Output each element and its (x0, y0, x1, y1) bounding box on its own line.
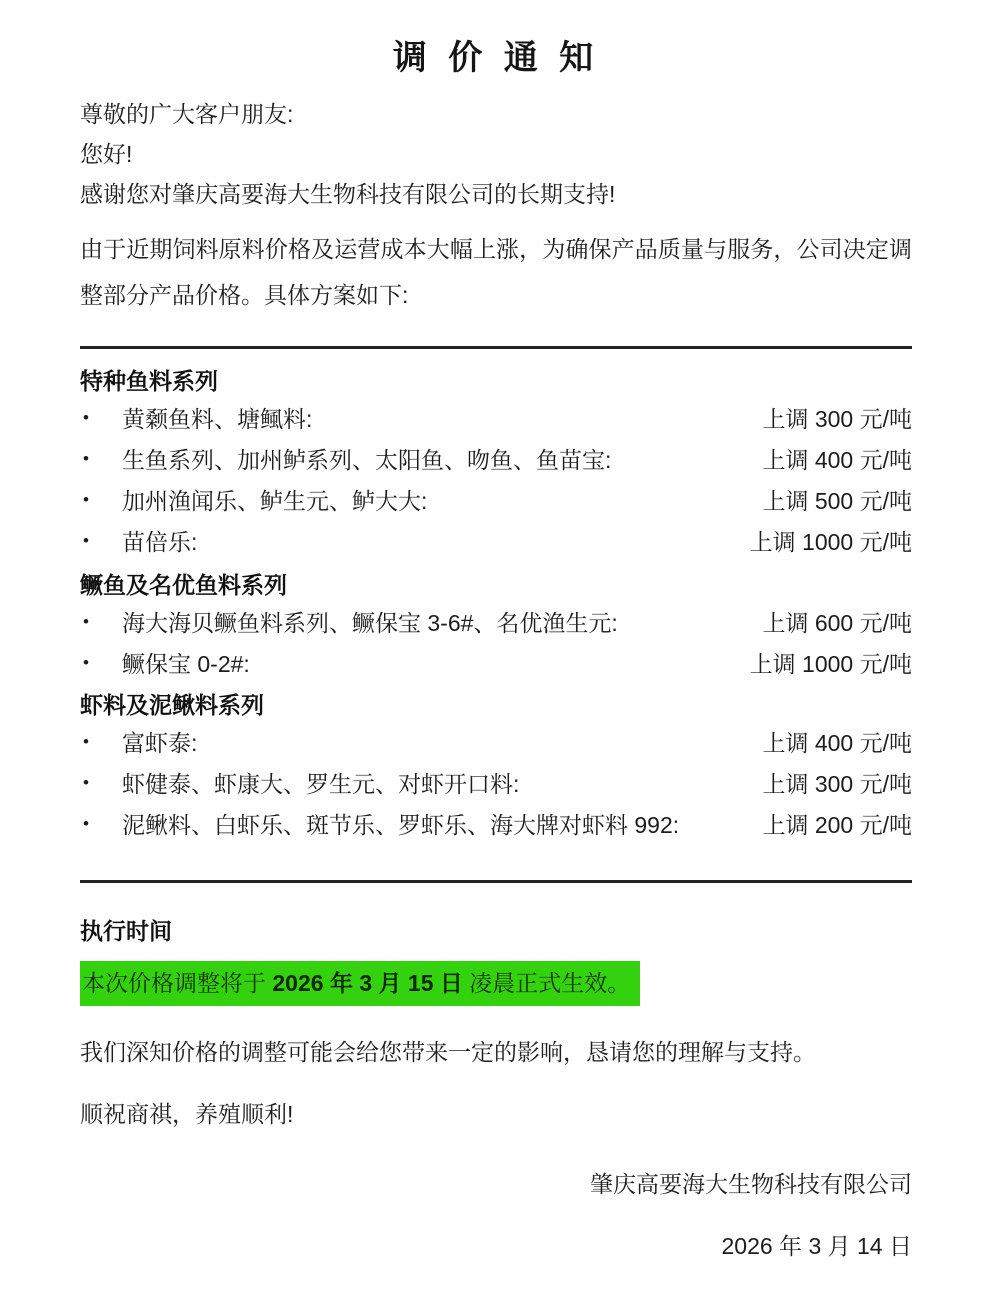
section-heading-mandarin-fish: 鳜鱼及名优鱼料系列 (80, 569, 912, 601)
page-title: 调 价 通 知 (80, 36, 912, 80)
intro-paragraph: 由于近期饲料原料价格及运营成本大幅上涨，为确保产品质量与服务，公司决定调整部分产… (80, 226, 912, 318)
bullet-icon: • (80, 408, 122, 428)
bullet-icon: • (80, 814, 122, 834)
bullet-icon: • (80, 531, 122, 551)
item-name: 泥鳅料、白虾乐、斑节乐、罗虾乐、海大牌对虾料 992: (122, 807, 679, 840)
highlight-prefix: 本次价格调整将于 (82, 970, 272, 996)
effective-date-line: 本次价格调整将于 2026 年 3 月 15 日 凌晨正式生效。 (80, 961, 912, 1006)
section-heading-shrimp-loach: 虾料及泥鳅料系列 (80, 689, 912, 721)
item-adjustment: 上调 300 元/吨 (762, 401, 912, 434)
price-adjustment-notice: 调 价 通 知 尊敬的广大客户朋友: 您好! 感谢您对肇庆高要海大生物科技有限公… (0, 0, 1004, 1292)
item-adjustment: 上调 1000 元/吨 (750, 646, 912, 679)
divider-bottom (80, 880, 912, 883)
bullet-icon: • (80, 612, 122, 632)
wish-line: 顺祝商祺，养殖顺利! (80, 1094, 912, 1134)
item-adjustment: 上调 1000 元/吨 (750, 524, 912, 557)
list-item: • 加州渔闻乐、鲈生元、鲈大大: 上调 500 元/吨 (80, 479, 912, 520)
item-name: 黄颡鱼料、塘鲺料: (122, 401, 312, 434)
execution-time-heading: 执行时间 (80, 915, 912, 947)
list-item: • 海大海贝鳜鱼料系列、鳜保宝 3-6#、名优渔生元: 上调 600 元/吨 (80, 601, 912, 642)
item-name: 加州渔闻乐、鲈生元、鲈大大: (122, 483, 427, 516)
list-item: • 泥鳅料、白虾乐、斑节乐、罗虾乐、海大牌对虾料 992: 上调 200 元/吨 (80, 803, 912, 844)
impact-line: 我们深知价格的调整可能会给您带来一定的影响，恳请您的理解与支持。 (80, 1032, 912, 1072)
item-adjustment: 上调 300 元/吨 (762, 766, 912, 799)
thanks-line: 感谢您对肇庆高要海大生物科技有限公司的长期支持! (80, 174, 912, 214)
item-adjustment: 上调 600 元/吨 (762, 605, 912, 638)
bullet-icon: • (80, 732, 122, 752)
item-adjustment: 上调 400 元/吨 (762, 725, 912, 758)
item-name: 鳜保宝 0-2#: (122, 646, 250, 679)
item-adjustment: 上调 400 元/吨 (762, 442, 912, 475)
item-name: 生鱼系列、加州鲈系列、太阳鱼、吻鱼、鱼苗宝: (122, 442, 611, 475)
bullet-icon: • (80, 449, 122, 469)
list-item: • 黄颡鱼料、塘鲺料: 上调 300 元/吨 (80, 397, 912, 438)
signature-date: 2026 年 3 月 14 日 (80, 1226, 912, 1266)
bullet-icon: • (80, 490, 122, 510)
hello-line: 您好! (80, 134, 912, 174)
item-adjustment: 上调 200 元/吨 (762, 807, 912, 840)
item-name: 虾健泰、虾康大、罗生元、对虾开口料: (122, 766, 519, 799)
list-item: • 虾健泰、虾康大、罗生元、对虾开口料: 上调 300 元/吨 (80, 762, 912, 803)
signature-company: 肇庆高要海大生物科技有限公司 (80, 1164, 912, 1204)
highlight-suffix: 凌晨正式生效。 (463, 970, 630, 996)
bullet-icon: • (80, 653, 122, 673)
list-item: • 鳜保宝 0-2#: 上调 1000 元/吨 (80, 642, 912, 683)
item-name: 苗倍乐: (122, 524, 197, 557)
section-heading-special-fish: 特种鱼料系列 (80, 365, 912, 397)
list-item: • 生鱼系列、加州鲈系列、太阳鱼、吻鱼、鱼苗宝: 上调 400 元/吨 (80, 438, 912, 479)
list-item: • 富虾泰: 上调 400 元/吨 (80, 721, 912, 762)
greeting-line: 尊敬的广大客户朋友: (80, 94, 912, 134)
item-adjustment: 上调 500 元/吨 (762, 483, 912, 516)
item-name: 富虾泰: (122, 725, 197, 758)
list-item: • 苗倍乐: 上调 1000 元/吨 (80, 520, 912, 561)
item-name: 海大海贝鳜鱼料系列、鳜保宝 3-6#、名优渔生元: (122, 605, 618, 638)
effective-date: 2026 年 3 月 15 日 (272, 970, 463, 996)
divider-top (80, 346, 912, 349)
bullet-icon: • (80, 773, 122, 793)
highlighted-sentence: 本次价格调整将于 2026 年 3 月 15 日 凌晨正式生效。 (80, 961, 640, 1006)
